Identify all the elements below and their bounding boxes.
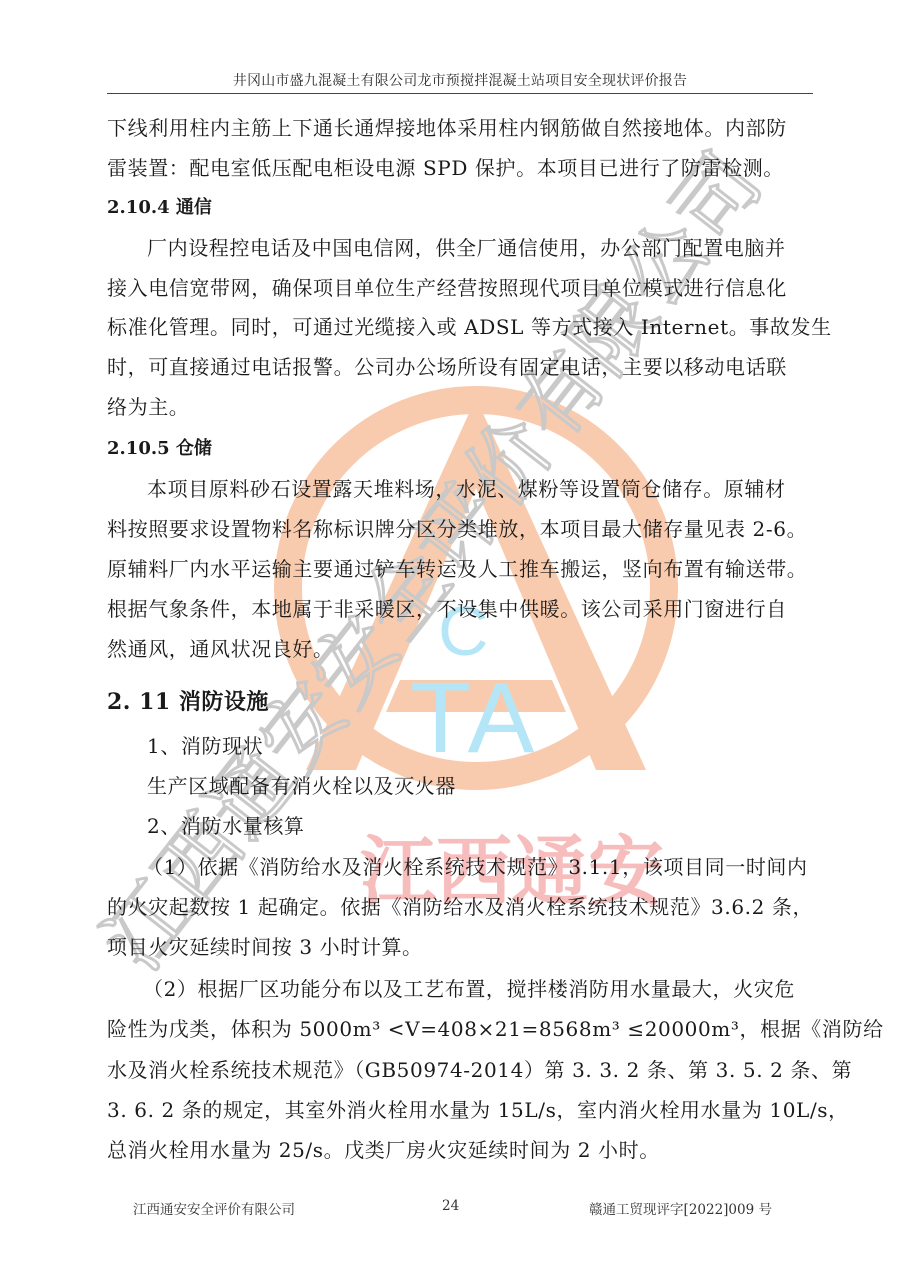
paragraph-line: 标准化管理。同时，可通过光缆接入或 ADSL 等方式接入 Internet。事故… <box>107 313 832 341</box>
paragraph-line: 然通风，通风状况良好。 <box>107 635 334 663</box>
paragraph-line: 项目火灾延续时间按 3 小时计算。 <box>107 933 423 961</box>
paragraph-line: 的火灾起数按 1 起确定。依据《消防给水及消火栓系统技术规范》3.6.2 条， <box>107 893 813 921</box>
paragraph-line: （1）依据《消防给水及消火栓系统技术规范》3.1.1，该项目同一时间内 <box>143 853 808 881</box>
page-header-title: 井冈山市盛九混凝土有限公司龙市预搅拌混凝土站项目安全现状评价报告 <box>107 70 813 90</box>
paragraph-line: 雷装置：配电室低压配电柜设电源 SPD 保护。本项目已进行了防雷检测。 <box>107 154 784 182</box>
paragraph-line: 料按照要求设置物料名称标识牌分区分类堆放，本项目最大储存量见表 2-6。 <box>107 515 807 543</box>
paragraph-line: 水及消火栓系统技术规范》（GB50974-2014）第 3. 3. 2 条、第 … <box>107 1056 852 1084</box>
list-item-title: 1、消防现状 <box>147 732 263 760</box>
paragraph-line: 下线利用柱内主筋上下通长通焊接地体采用柱内钢筋做自然接地体。内部防 <box>107 114 787 142</box>
footer-doc-number: 赣通工贸现评字[2022]009 号 <box>0 1198 772 1218</box>
watermark-logo-icon <box>288 398 664 776</box>
paragraph-line: 3. 6. 2 条的规定，其室外消火栓用水量为 15L/s，室内消火栓用水量为 … <box>107 1096 849 1124</box>
paragraph-line: 险性为戊类，体积为 5000m³ <V=408×21=8568m³ ≤20000… <box>107 1015 884 1043</box>
list-item-title: 2、消防水量核算 <box>147 812 305 840</box>
watermark-ta-letters: TA <box>410 662 538 774</box>
paragraph-line: 本项目原料砂石设置露天堆料场，水泥、煤粉等设置筒仓储存。原辅材 <box>147 475 786 503</box>
section-heading-2-11: 2. 11 消防设施 <box>107 688 269 716</box>
paragraph-line: 时，可直接通过电话报警。公司办公场所设有固定电话，主要以移动电话联 <box>107 353 787 381</box>
paragraph-line: 厂内设程控电话及中国电信网，供全厂通信使用，办公部门配置电脑并 <box>147 234 786 262</box>
paragraph-line: 总消火栓用水量为 25/s。戊类厂房火灾延续时间为 2 小时。 <box>107 1136 660 1164</box>
section-heading-2-10-5: 2.10.5 仓储 <box>107 435 212 463</box>
paragraph-line: 根据气象条件，本地属于非采暖区，不设集中供暖。该公司采用门窗进行自 <box>107 595 787 623</box>
section-heading-2-10-4: 2.10.4 通信 <box>107 194 212 222</box>
paragraph-line: 接入电信宽带网，确保项目单位生产经营按照现代项目单位模式进行信息化 <box>107 274 787 302</box>
paragraph-line: 络为主。 <box>107 393 189 421</box>
paragraph-line: 原辅料厂内水平运输主要通过铲车转运及人工推车搬运，竖向布置有输送带。 <box>107 555 807 583</box>
list-item-text: 生产区域配备有消火栓以及灭火器 <box>147 772 456 800</box>
paragraph-line: （2）根据厂区功能分布以及工艺布置，搅拌楼消防用水量最大，火灾危 <box>143 975 795 1003</box>
header-divider <box>107 93 813 94</box>
document-page: C TA 江西通安 江西通安安全评价有限公司 井冈山市盛九混凝土有限公司龙市预搅… <box>0 0 900 1274</box>
